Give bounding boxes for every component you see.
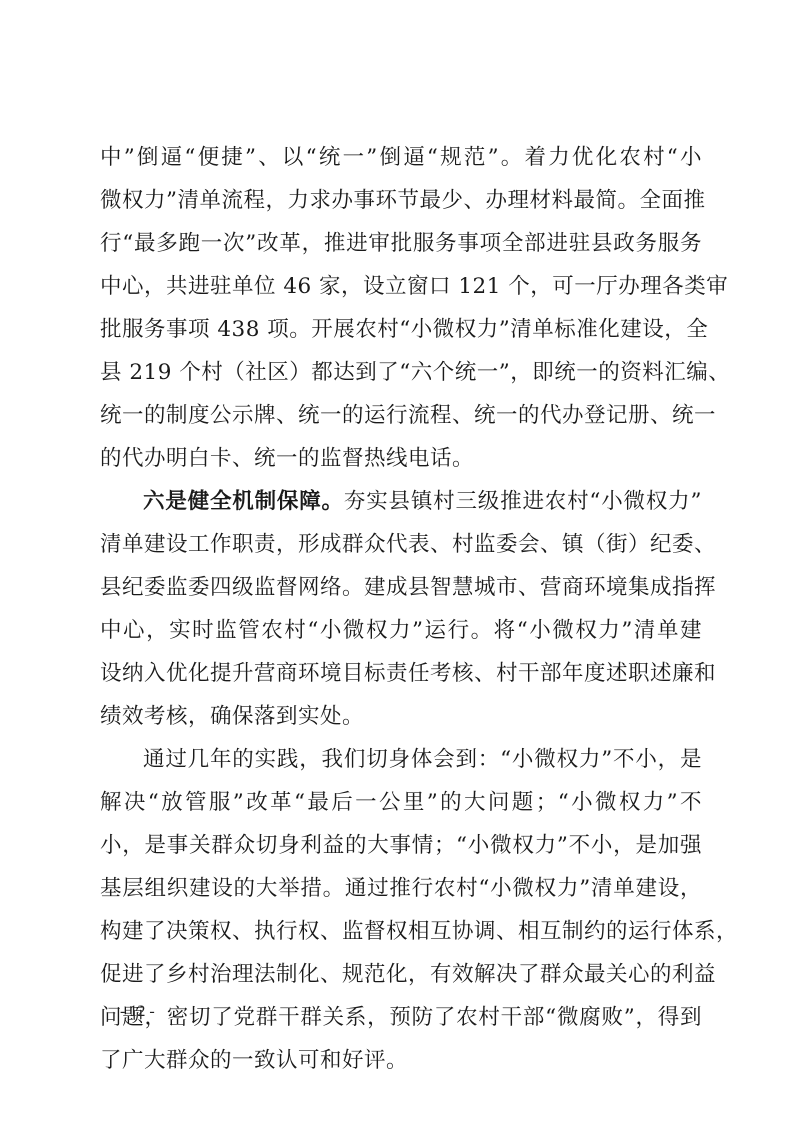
text-line-first: 通过几年的实践，我们切身体会到：“小微权力”不小，是 xyxy=(100,738,702,781)
paragraph-1: 中”倒逼“便捷”、以“统一”倒逼“规范”。着力优化农村“小 微权力”清单流程，力… xyxy=(100,136,702,480)
text-line-first: 六是健全机制保障。夯实县镇村三级推进农村“小微权力” xyxy=(100,480,702,523)
text-line: 微权力”清单流程，力求办事环节最少、办理材料最简。全面推 xyxy=(100,179,702,222)
text-line: 设纳入优化提升营商环境目标责任考核、村干部年度述职述廉和 xyxy=(100,652,702,695)
document-page: 中”倒逼“便捷”、以“统一”倒逼“规范”。着力优化农村“小 微权力”清单流程，力… xyxy=(0,0,793,1122)
text-line: 的代办明白卡、统一的监督热线电话。 xyxy=(100,437,702,480)
text-line: 批服务事项 438 项。开展农村“小微权力”清单标准化建设，全 xyxy=(100,308,702,351)
paragraph-3: 通过几年的实践，我们切身体会到：“小微权力”不小，是 解决“放管服”改革“最后一… xyxy=(100,738,702,1082)
text-line: 解决“放管服”改革“最后一公里”的大问题；“小微权力”不 xyxy=(100,781,702,824)
page-number: - 12 - xyxy=(120,1003,155,1021)
text-line: 县纪委监委四级监督网络。建成县智慧城市、营商环境集成指挥 xyxy=(100,566,702,609)
paragraph-2: 六是健全机制保障。夯实县镇村三级推进农村“小微权力” 清单建设工作职责，形成群众… xyxy=(100,480,702,738)
document-body: 中”倒逼“便捷”、以“统一”倒逼“规范”。着力优化农村“小 微权力”清单流程，力… xyxy=(100,136,702,1082)
text-line: 中心，实时监管农村“小微权力”运行。将“小微权力”清单建 xyxy=(100,609,702,652)
text-line: 中心，共进驻单位 46 家，设立窗口 121 个，可一厅办理各类审 xyxy=(100,265,702,308)
text-line: 县 219 个村（社区）都达到了“六个统一”，即统一的资料汇编、 xyxy=(100,351,702,394)
section-heading: 六是健全机制保障。 xyxy=(143,489,344,514)
text-line: 基层组织建设的大举措。通过推行农村“小微权力”清单建设， xyxy=(100,867,702,910)
text-line: 中”倒逼“便捷”、以“统一”倒逼“规范”。着力优化农村“小 xyxy=(100,136,702,179)
text-line: 统一的制度公示牌、统一的运行流程、统一的代办登记册、统一 xyxy=(100,394,702,437)
text-line: 绩效考核，确保落到实处。 xyxy=(100,695,702,738)
text-line: 清单建设工作职责，形成群众代表、村监委会、镇（街）纪委、 xyxy=(100,523,702,566)
text-line: 行“最多跑一次”改革，推进审批服务事项全部进驻县政务服务 xyxy=(100,222,702,265)
text-line: 了广大群众的一致认可和好评。 xyxy=(100,1039,702,1082)
text-line: 促进了乡村治理法制化、规范化，有效解决了群众最关心的利益 xyxy=(100,953,702,996)
text-line: 小，是事关群众切身利益的大事情；“小微权力”不小，是加强 xyxy=(100,824,702,867)
text-segment: 夯实县镇村三级推进农村“小微权力” xyxy=(344,489,702,514)
text-line: 构建了决策权、执行权、监督权相互协调、相互制约的运行体系， xyxy=(100,910,702,953)
text-line: 问题，密切了党群干群关系，预防了农村干部“微腐败”，得到 xyxy=(100,996,702,1039)
